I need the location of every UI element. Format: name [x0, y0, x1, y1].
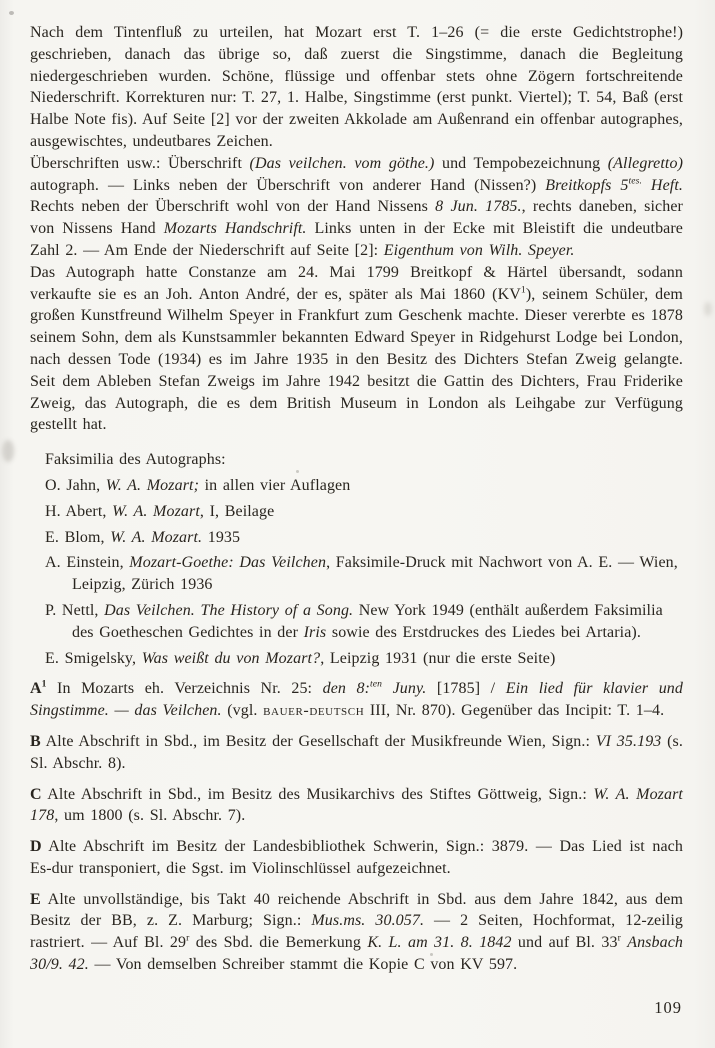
- text-segment: sowie des Erstdruckes des Liedes bei Art…: [326, 624, 641, 641]
- text-segment: Das Veilchen. The History of a Song.: [104, 602, 353, 619]
- text-segment: Eigenthum von Wilh. Speyer.: [384, 242, 575, 259]
- quelle-b: B Alte Abschrift in Sbd., im Besitz der …: [30, 731, 683, 775]
- scan-artifact: [704, 302, 712, 316]
- text-segment: E: [30, 891, 41, 908]
- text-segment: D: [30, 838, 42, 855]
- text-segment: [1785] /: [426, 680, 505, 697]
- text-segment: ), seinem Schüler, dem großen Kunstfreun…: [30, 286, 683, 434]
- text-segment: (Das veilchen. vom göthe.): [250, 155, 435, 172]
- text-segment: Faksimilia des Autographs:: [45, 451, 226, 468]
- text-segment: , um 1800 (s. Sl. Abschr. 7).: [54, 807, 245, 824]
- text-segment: W. A. Mozart.: [110, 529, 202, 546]
- scan-artifact: [9, 11, 14, 15]
- para-provenienz: Das Autograph hatte Constanze am 24. Mai…: [30, 262, 683, 436]
- quelle-c: C Alte Abschrift in Sbd., im Besitz des …: [30, 784, 683, 828]
- quelle-d: D Alte Abschrift im Besitz der Landesbib…: [30, 836, 683, 880]
- text-segment: Heft.: [642, 177, 683, 194]
- page-number: 109: [654, 998, 682, 1018]
- text-segment: B: [30, 733, 41, 750]
- text-segment: autograph. — Links neben der Überschrift…: [30, 177, 545, 194]
- text-segment: Mozarts Handschrift.: [164, 220, 307, 237]
- text-segment: P. Nettl,: [45, 602, 104, 619]
- faksimilia-heading: Faksimilia des Autographs:: [45, 449, 683, 471]
- text-segment: , Leipzig 1931 (nur die erste Seite): [320, 650, 555, 667]
- text-segment: C: [30, 786, 42, 803]
- text-segment: Alte Abschrift in Sbd., im Besitz der Ge…: [41, 733, 596, 750]
- text-segment: A. Einstein,: [45, 554, 129, 571]
- text-segment: Juny.: [382, 680, 426, 697]
- text-segment: K. L. am 31. 8. 1842: [367, 934, 511, 951]
- text-segment: Alte Abschrift im Besitz der Landesbibli…: [30, 838, 683, 877]
- text-segment: A: [30, 680, 42, 697]
- text-segment: W. A. Mozart: [112, 503, 200, 520]
- text-segment: und Tempobezeichnung: [434, 155, 607, 172]
- text-segment: Mus.ms. 30.057.: [311, 912, 424, 929]
- para-niederschrift: Nach dem Tintenfluß zu urteilen, hat Moz…: [30, 22, 683, 153]
- quelle-e: E Alte unvollständige, bis Takt 40 reich…: [30, 889, 683, 976]
- text-segment: — Von demselben Schreiber stammt die Kop…: [89, 956, 517, 973]
- text-segment: den 8:: [323, 680, 370, 697]
- text-segment: Alte Abschrift in Sbd., im Besitz des Mu…: [42, 786, 594, 803]
- text-segment: W. A. Mozart;: [106, 477, 199, 494]
- text-segment: E. Blom,: [45, 529, 110, 546]
- text-segment: Was weißt du von Mozart?: [142, 650, 320, 667]
- text-segment: VI 35.193: [596, 733, 662, 750]
- para-ueberschriften: Überschriften usw.: Überschrift (Das vei…: [30, 153, 683, 262]
- text-segment: Iris: [304, 624, 327, 641]
- faksimile-item-einstein: A. Einstein, Mozart-Goethe: Das Veilchen…: [72, 552, 683, 596]
- text-segment: O. Jahn,: [45, 477, 106, 494]
- faksimile-item-nettl: P. Nettl, Das Veilchen. The History of a…: [72, 600, 683, 644]
- text-segment: Mozart-Goethe: Das Veilchen: [129, 554, 326, 571]
- text-segment: In Mozarts eh. Verzeichnis Nr. 25:: [47, 680, 323, 697]
- text-segment: Nach dem Tintenfluß zu urteilen, hat Moz…: [30, 24, 683, 150]
- faksimile-item-blom: E. Blom, W. A. Mozart. 1935: [72, 527, 683, 549]
- text-segment: (Allegretto): [608, 155, 683, 172]
- scanned-book-page: Nach dem Tintenfluß zu urteilen, hat Moz…: [0, 0, 715, 1048]
- text-segment: 1935: [202, 529, 240, 546]
- text-segment: des Sbd. die Bemerkung: [189, 934, 367, 951]
- text-segment: und auf Bl. 33: [512, 934, 618, 951]
- text-segment: Rechts neben der Überschrift wohl von de…: [30, 198, 435, 215]
- text-segment: III, Nr. 870). Gegenüber das Incipit: T.…: [364, 702, 664, 719]
- text-segment: E. Smigelsky,: [45, 650, 142, 667]
- text-segment: 8 Jun. 1785.: [435, 198, 521, 215]
- text-segment: bauer-deutsch: [263, 702, 364, 719]
- text-block: Nach dem Tintenfluß zu urteilen, hat Moz…: [30, 22, 683, 976]
- text-segment: in allen vier Auflagen: [199, 477, 350, 494]
- faksimile-item-abert: H. Abert, W. A. Mozart, I, Beilage: [72, 501, 683, 523]
- text-segment: H. Abert,: [45, 503, 112, 520]
- text-segment: Überschriften usw.: Überschrift: [30, 155, 250, 172]
- faksimile-item-smigelsky: E. Smigelsky, Was weißt du von Mozart?, …: [72, 648, 683, 670]
- text-segment: , I, Beilage: [200, 503, 274, 520]
- text-segment: tes.: [629, 175, 642, 186]
- text-segment: ten: [370, 679, 382, 690]
- text-segment: (vgl.: [222, 702, 263, 719]
- scan-artifact: [2, 440, 14, 462]
- faksimile-item-jahn: O. Jahn, W. A. Mozart; in allen vier Auf…: [72, 475, 683, 497]
- text-segment: Breitkopfs 5: [545, 177, 628, 194]
- quelle-a1: A1 In Mozarts eh. Verzeichnis Nr. 25: de…: [30, 678, 683, 722]
